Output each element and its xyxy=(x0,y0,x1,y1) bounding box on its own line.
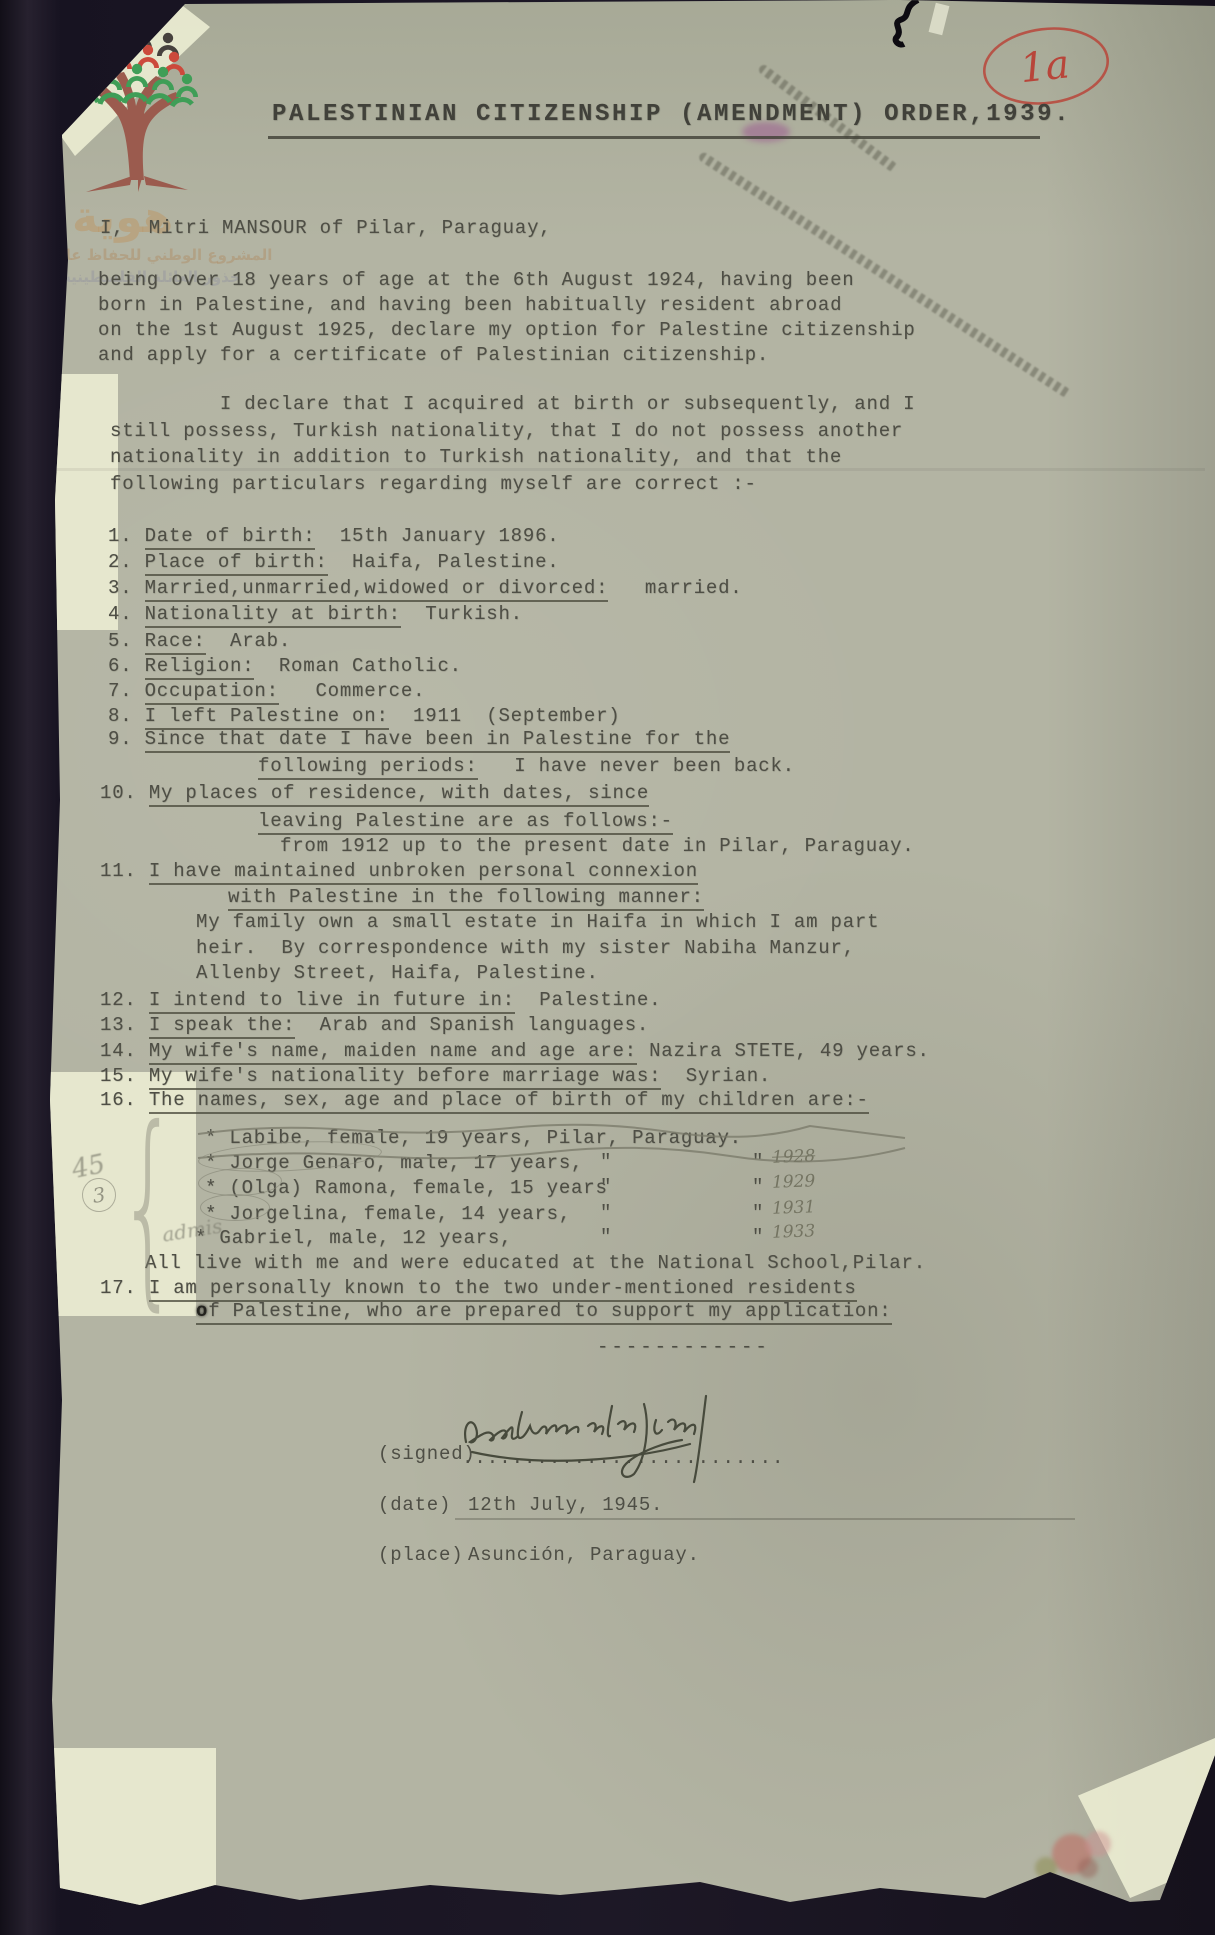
paper-sheet: هوية المشروع الوطني للحفاظ على جذور العا… xyxy=(0,0,1215,1935)
typed-text: 9. xyxy=(108,728,145,750)
place-label: (place) xyxy=(378,1544,463,1566)
document-line: 1. Date of birth: 15th January 1896. xyxy=(108,524,559,549)
typed-text: on the 1st August 1925, declare my optio… xyxy=(98,319,916,341)
typed-text: 5. xyxy=(108,630,145,652)
document-line: leaving Palestine are as follows:- xyxy=(258,809,673,834)
document-line: being over 18 years of age at the 6th Au… xyxy=(98,268,855,293)
typed-text: 1911 (September) xyxy=(389,705,621,727)
typed-text: heir. By correspondence with my sister N… xyxy=(196,937,855,959)
underlined-field-label: Religion: xyxy=(145,655,255,680)
typed-text: born in Palestine, and having been habit… xyxy=(98,294,842,316)
underlined-field-label: Place of birth: xyxy=(145,551,328,576)
underlined-field-label: I speak the: xyxy=(149,1014,295,1039)
underlined-field-label: I have maintained unbroken personal conn… xyxy=(149,860,698,885)
typed-text: from 1912 up to the present date in Pila… xyxy=(280,835,915,857)
arabic-watermark-line1: المشروع الوطني للحفاظ على xyxy=(50,246,272,264)
place-value: Asunción, Paraguay. xyxy=(468,1544,700,1566)
underlined-field-label: I intend to live in future in: xyxy=(149,989,515,1014)
document-line: born in Palestine, and having been habit… xyxy=(98,293,842,318)
document-line: on the 1st August 1925, declare my optio… xyxy=(98,318,916,343)
underlined-field-label: Married,unmarried,widowed or divorced: xyxy=(145,577,609,602)
typed-text: Turkish. xyxy=(401,603,523,625)
typed-text: 3. xyxy=(108,577,145,599)
handwritten-year: 1931 xyxy=(772,1197,816,1218)
ditto-mark: " xyxy=(752,1176,764,1198)
typed-text: still possess, Turkish nationality, that… xyxy=(110,420,903,442)
typed-text: Roman Catholic. xyxy=(254,655,461,677)
document-line: Allenby Street, Haifa, Palestine. xyxy=(196,961,599,986)
tape-patch-bottom-left xyxy=(0,1748,216,1928)
document-line: 15. My wife's nationality before marriag… xyxy=(100,1064,771,1089)
typed-text: Haifa, Palestine. xyxy=(328,551,560,573)
typed-text: 7. xyxy=(108,680,145,702)
document-line: nationality in addition to Turkish natio… xyxy=(110,445,842,470)
underlined-field-label: My wife's name, maiden name and age are: xyxy=(149,1040,637,1065)
document-line: 17. I am personally known to the two und… xyxy=(100,1276,857,1301)
underlined-field-label: My places of residence, with dates, sinc… xyxy=(149,782,649,807)
date-value: 12th July, 1945. xyxy=(468,1494,663,1516)
document-line: 9. Since that date I have been in Palest… xyxy=(108,727,730,752)
typed-text: 2. xyxy=(108,551,145,573)
children-note: All live with me and were educated at th… xyxy=(145,1251,926,1276)
ditto-mark: " xyxy=(600,1202,612,1224)
document-title: PALESTINIAN CITIZENSHIP (AMENDMENT) ORDE… xyxy=(272,101,1071,128)
document-line: and apply for a certificate of Palestini… xyxy=(98,343,769,368)
typed-text: 14. xyxy=(100,1040,149,1062)
date-label: (date) xyxy=(378,1494,451,1516)
document-line: 8. I left Palestine on: 1911 (September) xyxy=(108,704,621,729)
underlined-field-label: leaving Palestine are as follows:- xyxy=(258,810,673,835)
document-line: 3. Married,unmarried,widowed or divorced… xyxy=(108,576,743,601)
document-line: with Palestine in the following manner: xyxy=(228,885,704,910)
typed-text: 8. xyxy=(108,705,145,727)
document-line: I declare that I acquired at birth or su… xyxy=(110,392,915,417)
document-line: still possess, Turkish nationality, that… xyxy=(110,419,903,444)
typed-text: 15th January 1896. xyxy=(315,525,559,547)
typed-text: 4. xyxy=(108,603,145,625)
typed-text: Commerce. xyxy=(279,680,425,702)
document-line: 5. Race: Arab. xyxy=(108,629,291,654)
margin-brace: { xyxy=(118,1100,179,1312)
typed-text: I, Mitri MANSOUR of Pilar, Paraguay, xyxy=(100,217,551,239)
typed-text: Syrian. xyxy=(661,1065,771,1087)
typed-text: Allenby Street, Haifa, Palestine. xyxy=(196,962,599,984)
typed-text: following particulars regarding myself a… xyxy=(110,473,757,495)
document-line: 11. I have maintained unbroken personal … xyxy=(100,859,698,884)
underlined-field-label: My wife's nationality before marriage wa… xyxy=(149,1065,661,1090)
ditto-mark: " xyxy=(752,1202,764,1224)
typed-text: 10. xyxy=(100,782,149,804)
typed-text: Arab and Spanish languages. xyxy=(295,1014,649,1036)
document-line: 13. I speak the: Arab and Spanish langua… xyxy=(100,1013,649,1038)
handwritten-year: 1933 xyxy=(772,1221,816,1242)
typed-text: Palestine. xyxy=(515,989,661,1011)
typed-text: Nazira STETE, 49 years. xyxy=(637,1040,930,1062)
typed-text: being over 18 years of age at the 6th Au… xyxy=(98,269,855,291)
typed-text: married. xyxy=(608,577,742,599)
typed-text: Arab. xyxy=(206,630,291,652)
underlined-field-label: Occupation: xyxy=(145,680,279,705)
typed-text: and apply for a certificate of Palestini… xyxy=(98,344,769,366)
document-line: 10. My places of residence, with dates, … xyxy=(100,781,649,806)
document-line: My family own a small estate in Haifa in… xyxy=(196,910,879,935)
document-line: of Palestine, who are prepared to suppor… xyxy=(196,1299,892,1324)
typed-text: I declare that I acquired at birth or su… xyxy=(110,393,915,415)
underlined-field-label: f Palestine, who are prepared to support… xyxy=(208,1300,891,1325)
underlined-field-label: Nationality at birth: xyxy=(145,603,401,628)
underlined-field-label: Race: xyxy=(145,630,206,655)
ditto-mark: " xyxy=(752,1226,764,1248)
document-line: 7. Occupation: Commerce. xyxy=(108,679,425,704)
handwritten-signature xyxy=(452,1382,772,1492)
tree-of-people-logo xyxy=(68,30,208,195)
ditto-mark: " xyxy=(600,1176,612,1198)
document-line: I, Mitri MANSOUR of Pilar, Paraguay, xyxy=(100,216,551,241)
document-line: 4. Nationality at birth: Turkish. xyxy=(108,602,523,627)
document-line: 16. The names, sex, age and place of bir… xyxy=(100,1088,869,1113)
underlined-field-label: with Palestine in the following manner: xyxy=(228,886,704,911)
underlined-field-label: The names, sex, age and place of birth o… xyxy=(149,1089,869,1114)
underlined-field-label: Date of birth: xyxy=(145,525,316,550)
typed-text: I have never been back. xyxy=(478,755,795,777)
title-underline xyxy=(268,136,1040,139)
typed-text: 1. xyxy=(108,525,145,547)
document-line: 14. My wife's name, maiden name and age … xyxy=(100,1039,930,1064)
typed-text: 11. xyxy=(100,860,149,882)
document-line: from 1912 up to the present date in Pila… xyxy=(280,834,915,859)
dashed-separator: ------------ xyxy=(597,1335,770,1360)
scanned-document-page: { "document": { "title": "PALESTINIAN CI… xyxy=(0,0,1215,1935)
underlined-field-label: following periods: xyxy=(258,755,478,780)
document-line: 2. Place of birth: Haifa, Palestine. xyxy=(108,550,559,575)
underlined-field-label: o xyxy=(196,1300,208,1325)
ditto-mark: " xyxy=(600,1226,612,1248)
typed-text: 6. xyxy=(108,655,145,677)
typed-text: nationality in addition to Turkish natio… xyxy=(110,446,842,468)
child-row: * Gabriel, male, 12 years, xyxy=(195,1226,512,1251)
date-underline xyxy=(455,1518,1075,1520)
tape-patch-left-2 xyxy=(10,374,118,630)
document-line: 6. Religion: Roman Catholic. xyxy=(108,654,462,679)
tape-patch-left-1 xyxy=(3,247,45,432)
document-line: following periods: I have never been bac… xyxy=(258,754,795,779)
page-label: 1a xyxy=(1018,41,1072,92)
typed-text: 12. xyxy=(100,989,149,1011)
document-line: heir. By correspondence with my sister N… xyxy=(196,936,855,961)
typed-text: 13. xyxy=(100,1014,149,1036)
underlined-field-label: Since that date I have been in Palestine… xyxy=(145,728,731,753)
typed-text: My family own a small estate in Haifa in… xyxy=(196,911,879,933)
document-line: following particulars regarding myself a… xyxy=(110,472,757,497)
document-line: 12. I intend to live in future in: Pales… xyxy=(100,988,661,1013)
bottom-edge-stain xyxy=(1000,1810,1160,1910)
